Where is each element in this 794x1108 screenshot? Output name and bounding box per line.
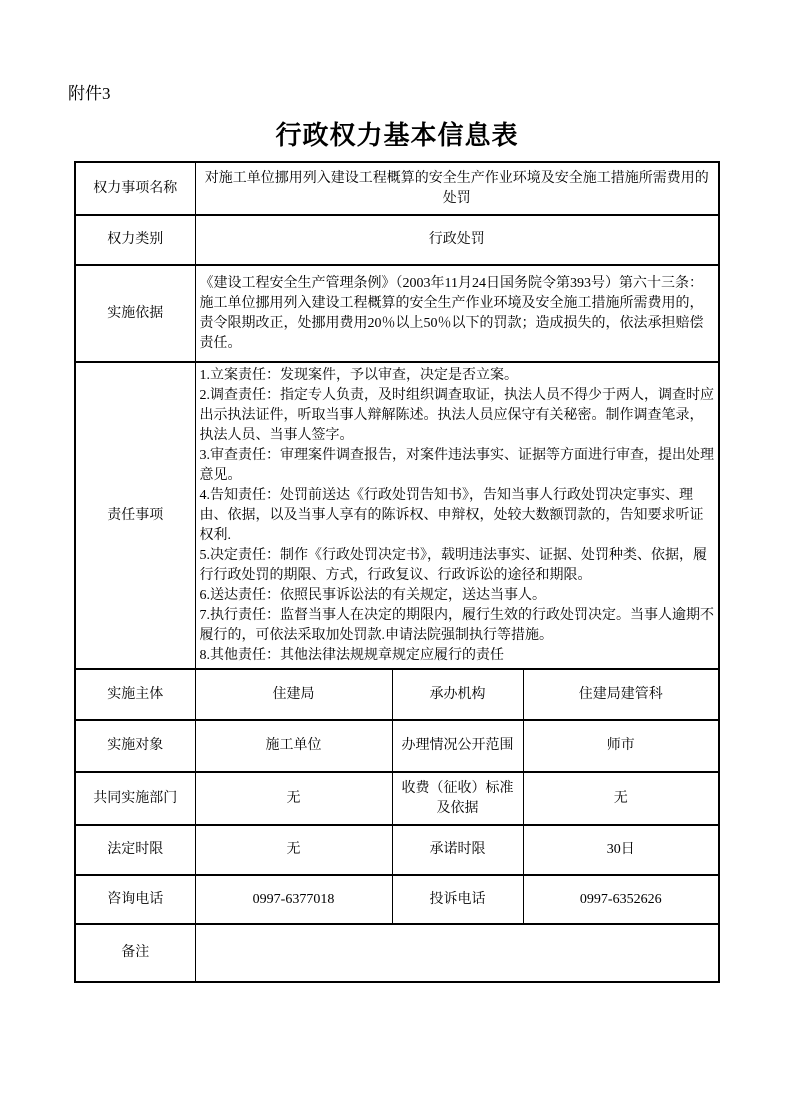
joint-departments-value: 无 (195, 772, 392, 825)
complaint-phone-value: 0997-6352626 (523, 875, 719, 924)
promised-time-limit-value: 30日 (523, 825, 719, 875)
promised-time-limit-label: 承诺时限 (392, 825, 523, 875)
duties-label: 责任事项 (75, 362, 195, 669)
consult-phone-value: 0997-6377018 (195, 875, 392, 924)
remarks-value (195, 924, 719, 982)
duty-item-7: 7.执行责任：监督当事人在决定的期限内，履行生效的行政处罚决定。当事人逾期不履行… (200, 606, 715, 646)
remarks-label: 备注 (75, 924, 195, 982)
disclosure-scope-label: 办理情况公开范围 (392, 720, 523, 772)
duties-value: 1.立案责任：发现案件，予以审查，决定是否立案。 2.调查责任：指定专人负责，及… (195, 362, 719, 669)
duty-item-6: 6.送达责任：依照民事诉讼法的有关规定，送达当事人。 (200, 586, 715, 606)
row-implementer: 实施主体 住建局 承办机构 住建局建管科 (75, 669, 719, 720)
legal-basis-value: 《建设工程安全生产管理条例》（2003年11月24日国务院令第393号）第六十三… (195, 265, 719, 362)
joint-departments-label: 共同实施部门 (75, 772, 195, 825)
target-label: 实施对象 (75, 720, 195, 772)
row-target: 实施对象 施工单位 办理情况公开范围 师市 (75, 720, 719, 772)
consult-phone-label: 咨询电话 (75, 875, 195, 924)
row-remarks: 备注 (75, 924, 719, 982)
implementer-label: 实施主体 (75, 669, 195, 720)
statutory-time-limit-label: 法定时限 (75, 825, 195, 875)
duty-item-4: 4.告知责任：处罚前送达《行政处罚告知书》，告知当事人行政处罚决定事实、理由、依… (200, 486, 715, 546)
implementer-value: 住建局 (195, 669, 392, 720)
fee-standard-label: 收费（征收）标准及依据 (392, 772, 523, 825)
power-name-value: 对施工单位挪用列入建设工程概算的安全生产作业环境及安全施工措施所需费用的处罚 (195, 162, 719, 215)
row-duties: 责任事项 1.立案责任：发现案件，予以审查，决定是否立案。 2.调查责任：指定专… (75, 362, 719, 669)
power-type-label: 权力类别 (75, 215, 195, 265)
attachment-label: 附件3 (68, 84, 794, 104)
target-value: 施工单位 (195, 720, 392, 772)
duty-item-5: 5.决定责任：制作《行政处罚决定书》，载明违法事实、证据、处罚种类、依据，履行行… (200, 546, 715, 586)
row-legal-basis: 实施依据 《建设工程安全生产管理条例》（2003年11月24日国务院令第393号… (75, 265, 719, 362)
statutory-time-limit-value: 无 (195, 825, 392, 875)
row-joint-departments: 共同实施部门 无 收费（征收）标准及依据 无 (75, 772, 719, 825)
page-title: 行政权力基本信息表 (0, 120, 794, 152)
fee-standard-value: 无 (523, 772, 719, 825)
power-type-value: 行政处罚 (195, 215, 719, 265)
complaint-phone-label: 投诉电话 (392, 875, 523, 924)
document-page: { "page": { "attachment": "附件3", "title"… (0, 0, 794, 1108)
legal-basis-label: 实施依据 (75, 265, 195, 362)
disclosure-scope-value: 师市 (523, 720, 719, 772)
duty-item-2: 2.调查责任：指定专人负责，及时组织调查取证，执法人员不得少于两人，调查时应出示… (200, 386, 715, 446)
row-statutory-time-limit: 法定时限 无 承诺时限 30日 (75, 825, 719, 875)
admin-power-info-table: 权力事项名称 对施工单位挪用列入建设工程概算的安全生产作业环境及安全施工措施所需… (74, 161, 720, 983)
row-power-name: 权力事项名称 对施工单位挪用列入建设工程概算的安全生产作业环境及安全施工措施所需… (75, 162, 719, 215)
handling-org-value: 住建局建管科 (523, 669, 719, 720)
duty-item-8: 8.其他责任：其他法律法规规章规定应履行的责任 (200, 646, 715, 666)
handling-org-label: 承办机构 (392, 669, 523, 720)
duty-item-3: 3.审查责任：审理案件调查报告，对案件违法事实、证据等方面进行审查，提出处理意见… (200, 446, 715, 486)
duty-item-1: 1.立案责任：发现案件，予以审查，决定是否立案。 (200, 366, 715, 386)
power-name-label: 权力事项名称 (75, 162, 195, 215)
row-phones: 咨询电话 0997-6377018 投诉电话 0997-6352626 (75, 875, 719, 924)
row-power-type: 权力类别 行政处罚 (75, 215, 719, 265)
